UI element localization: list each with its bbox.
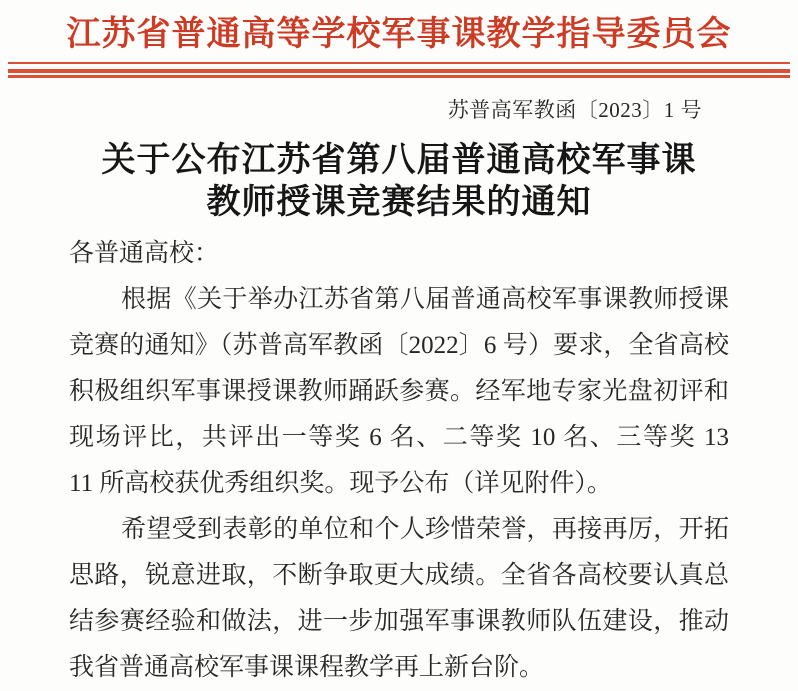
body-line: 结参赛经验和做法，进一步加强军事课教师队伍建设，推动: [69, 599, 729, 645]
document-title-line1: 关于公布江苏省第八届普通高校军事课: [0, 139, 798, 181]
body-line: 思路，锐意进取，不断争取更大成绩。全省各高校要认真总: [69, 553, 729, 599]
letterhead-org-name: 江苏省普通高等学校军事课教学指导委员会: [0, 0, 798, 58]
red-rule-bottom: [8, 75, 790, 78]
letterhead-separator: [0, 62, 798, 78]
body-line: 希望受到表彰的单位和个人珍惜荣誉，再接再厉，开拓: [69, 507, 729, 553]
red-rule-middle: [8, 69, 790, 73]
body-line: 现场评比，共评出一等奖 6 名、二等奖 10 名、三等奖 13 名，: [69, 415, 729, 461]
red-rule-top: [8, 62, 790, 64]
document-body: 各普通高校： 根据《关于举办江苏省第八届普通高校军事课教师授课 竞赛的通知》（苏…: [69, 231, 729, 691]
doc-number: 苏普高军教函〔2023〕1 号: [0, 98, 798, 122]
body-line: 积极组织军事课授课教师踊跃参赛。经军地专家光盘初评和: [69, 369, 729, 415]
body-line: 竞赛的通知》（苏普高军教函〔2022〕6 号）要求，全省高校: [69, 323, 729, 369]
document-page: 江苏省普通高等学校军事课教学指导委员会 苏普高军教函〔2023〕1 号 关于公布…: [0, 0, 798, 691]
body-line: 我省普通高校军事课课程教学再上新台阶。: [69, 645, 729, 691]
document-title: 关于公布江苏省第八届普通高校军事课 教师授课竞赛结果的通知: [0, 139, 798, 223]
salutation: 各普通高校：: [69, 231, 729, 277]
body-line: 根据《关于举办江苏省第八届普通高校军事课教师授课: [69, 277, 729, 323]
document-title-line2: 教师授课竞赛结果的通知: [0, 181, 798, 223]
body-line: 11 所高校获优秀组织奖。现予公布（详见附件）。: [69, 461, 729, 507]
